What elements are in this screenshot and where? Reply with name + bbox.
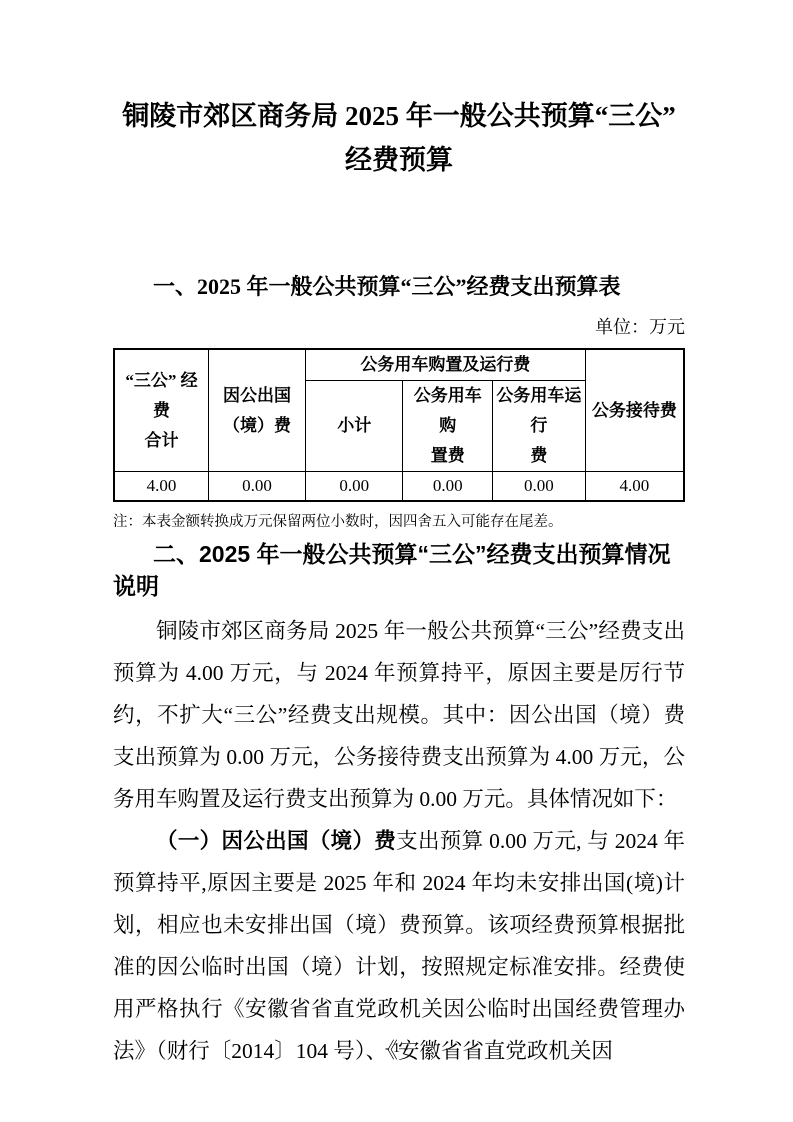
value-reception-fee: 4.00 [585,472,684,502]
header-sangong-total-line1: “三公” 经费 [117,366,206,426]
document-title-line2: 经费预算 [113,138,685,182]
header-abroad-fee: 因公出国 （境）费 [209,349,306,472]
paragraph-abroad-lead: （一）因公出国（境）费 [156,829,396,853]
paragraph-overview: 铜陵市郊区商务局 2025 年一般公共预算“三公”经费支出预算为 4.00 万元… [113,610,685,820]
header-abroad-fee-line2: （境）费 [211,411,303,441]
budget-table: “三公” 经费 合计 因公出国 （境）费 公务用车购置及运行费 公务接待费 小计… [113,348,685,502]
value-vehicle-purchase: 0.00 [403,472,492,502]
header-vehicle-purchase-line2: 置费 [405,441,489,471]
paragraph-abroad-detail: （一）因公出国（境）费支出预算 0.00 万元, 与 2024 年预算持平,原因… [113,820,685,1072]
section1-heading: 一、2025 年一般公共预算“三公”经费支出预算表 [113,272,685,302]
section2-heading: 二、2025 年一般公共预算“三公”经费支出预算情况说明 [113,538,685,602]
header-sangong-total: “三公” 经费 合计 [114,349,209,472]
header-vehicle-operation-line2: 费 [495,441,583,471]
value-sangong-total: 4.00 [114,472,209,502]
unit-label: 单位：万元 [113,315,685,339]
header-vehicle-purchase: 公务用车购 置费 [403,381,492,472]
header-vehicle-operation-line1: 公务用车运行 [495,381,583,441]
value-vehicle-operation: 0.00 [492,472,585,502]
header-sangong-total-line2: 合计 [117,426,206,456]
document-title: 铜陵市郊区商务局 2025 年一般公共预算“三公” 经费预算 [113,94,685,182]
header-vehicle-subtotal: 小计 [306,381,403,472]
value-vehicle-subtotal: 0.00 [306,472,403,502]
header-abroad-fee-line1: 因公出国 [211,381,303,411]
document-title-line1: 铜陵市郊区商务局 2025 年一般公共预算“三公” [113,94,685,138]
table-note: 注：本表金额转换成万元保留两位小数时，因四舍五入可能存在尾差。 [113,512,685,532]
document-page: 铜陵市郊区商务局 2025 年一般公共预算“三公” 经费预算 一、2025 年一… [0,0,793,1122]
header-vehicle-purchase-line1: 公务用车购 [405,381,489,441]
header-reception-fee: 公务接待费 [585,349,684,472]
table-row: 4.00 0.00 0.00 0.00 0.00 4.00 [114,472,684,502]
value-abroad-fee: 0.00 [209,472,306,502]
page-number: - 1 - [0,1039,793,1059]
header-vehicle-operation: 公务用车运行 费 [492,381,585,472]
paragraph-abroad-rest: 支出预算 0.00 万元, 与 2024 年预算持平,原因主要是 2025 年和… [113,829,685,1063]
header-vehicle-group: 公务用车购置及运行费 [306,349,586,381]
